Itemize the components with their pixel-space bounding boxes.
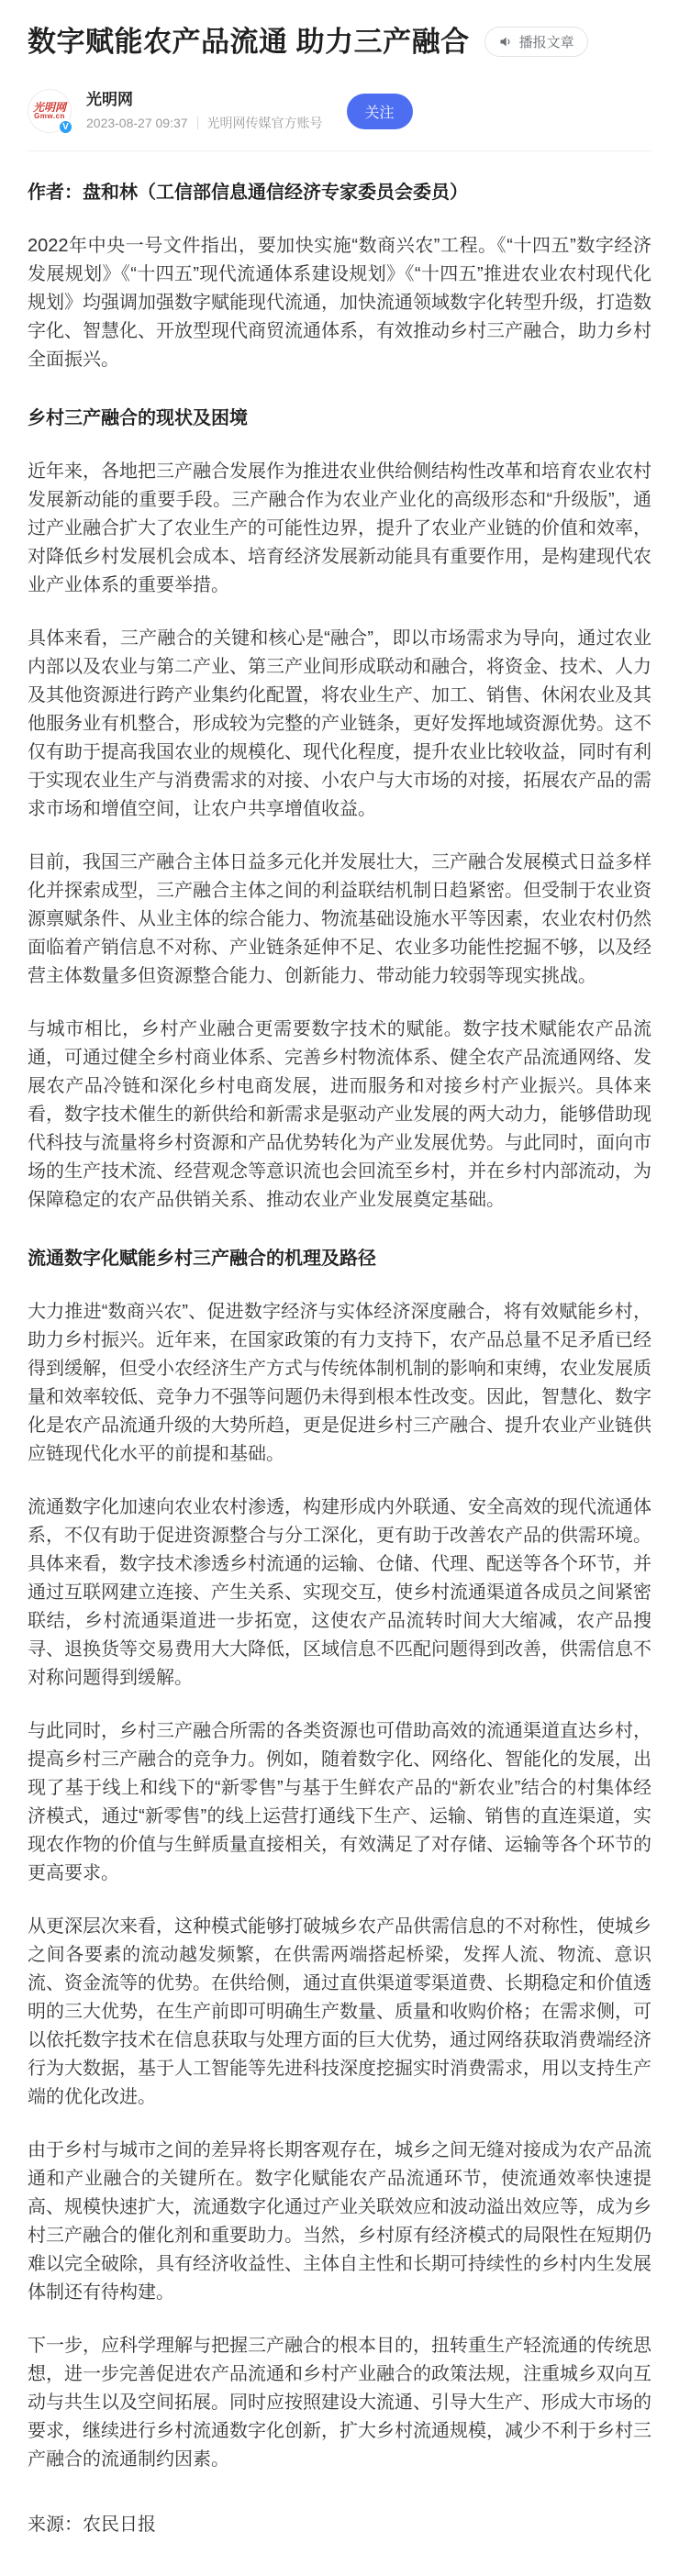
broadcast-article-button[interactable]: 播报文章 xyxy=(484,27,588,57)
article-paragraph: 与此同时，乡村三产融合所需的各类资源也可借助高效的流通渠道直达乡村，提高乡村三产… xyxy=(28,1717,651,1888)
article-paragraph: 从更深层次来看，这种模式能够打破城乡农产品供需信息的不对称性，使城乡之间各要素的… xyxy=(28,1913,651,2112)
article-paragraph: 大力推进“数商兴农”、促进数字经济与实体经济深度融合，将有效赋能乡村，助力乡村振… xyxy=(28,1298,651,1469)
author-line: 作者：盘和林（工信部信息通信经济专家委员会委员） xyxy=(28,179,651,207)
section-heading: 乡村三产融合的现状及困境 xyxy=(28,405,651,433)
title-row: 数字赋能农产品流通 助力三产融合 播报文章 xyxy=(28,22,651,61)
article-paragraph: 目前，我国三产融合主体日益多元化并发展壮大，三产融合发展模式日益多样化并探索成型… xyxy=(28,849,651,991)
source-line: 来源：农民日报 xyxy=(28,2511,651,2539)
publish-date: 2023-08-27 09:37 xyxy=(86,116,188,130)
article-paragraph: 与城市相比，乡村产业融合更需要数字技术的赋能。数字技术赋能农产品流通，可通过健全… xyxy=(28,1016,651,1215)
speaker-icon xyxy=(498,34,514,50)
gmw-logo: 光明网 Gmw.cn xyxy=(33,102,66,121)
header-divider xyxy=(28,150,651,151)
article-paragraph: 2022年中央一号文件指出，要加快实施“数商兴农”工程。《“十四五”数字经济发展… xyxy=(28,232,651,374)
article-paragraph: 由于乡村与城市之间的差异将长期客观存在，城乡之间无缝对接成为农产品流通和产业融合… xyxy=(28,2137,651,2307)
broadcast-button-label: 播报文章 xyxy=(519,32,574,51)
follow-button[interactable]: 关注 xyxy=(347,94,413,129)
article-paragraph: 下一步，应科学理解与把握三产融合的根本目的，扭转重生产轻流通的传统思想，进一步完… xyxy=(28,2332,651,2474)
publisher-name[interactable]: 光明网 xyxy=(86,90,323,110)
publisher-meta: 2023-08-27 09:37 光明网传媒官方账号 xyxy=(86,114,323,132)
publisher-avatar[interactable]: 光明网 Gmw.cn V xyxy=(28,89,72,133)
meta-divider xyxy=(197,117,198,129)
section-heading: 流通数字化赋能乡村三产融合的机理及路径 xyxy=(28,1245,651,1273)
publisher-row: 光明网 Gmw.cn V 光明网 2023-08-27 09:37 光明网传媒官… xyxy=(28,89,651,133)
verified-badge-icon: V xyxy=(58,119,73,135)
article-paragraph: 近年来，各地把三产融合发展作为推进农业供给侧结构性改革和培育农业农村发展新动能的… xyxy=(28,458,651,600)
publisher-account-desc: 光明网传媒官方账号 xyxy=(207,114,323,132)
publisher-info: 光明网 2023-08-27 09:37 光明网传媒官方账号 xyxy=(86,90,323,132)
article-page: 数字赋能农产品流通 助力三产融合 播报文章 光明网 Gmw.cn V 光明网 xyxy=(0,0,679,2576)
article-body: 2022年中央一号文件指出，要加快实施“数商兴农”工程。《“十四五”数字经济发展… xyxy=(28,232,651,2474)
page-title: 数字赋能农产品流通 助力三产融合 xyxy=(28,22,470,61)
article-paragraph: 具体来看，三产融合的关键和核心是“融合”，即以市场需求为导向，通过农业内部以及农… xyxy=(28,625,651,824)
article-paragraph: 流通数字化加速向农业农村渗透，构建形成内外联通、安全高效的现代流通体系，不仅有助… xyxy=(28,1493,651,1693)
